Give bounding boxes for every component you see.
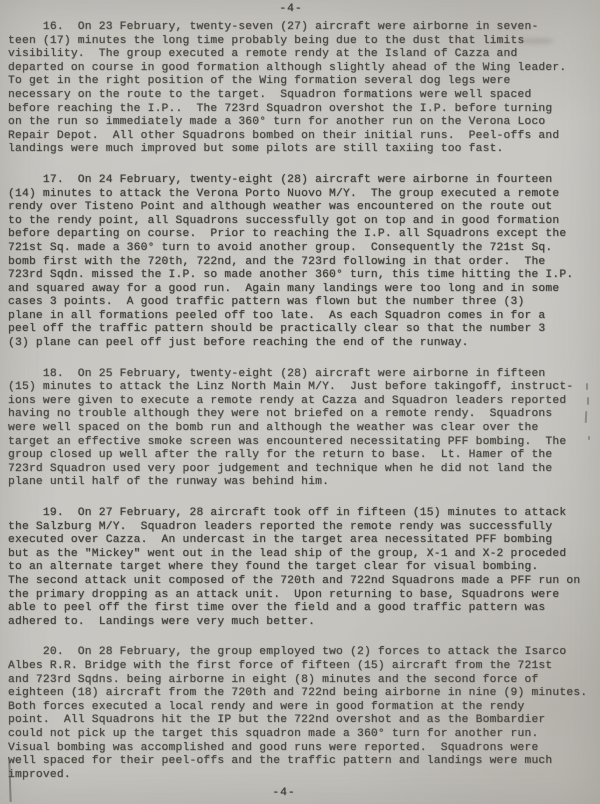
text-line: Albes R.R. Bridge with the first force o… — [8, 660, 590, 674]
text-line: cases 3 points. A good traffic pattern w… — [8, 296, 590, 310]
text-line: Both forces executed a local rendy and w… — [8, 701, 590, 715]
text-line: target an effective smoke screen was enc… — [8, 436, 590, 450]
document-body: 16. On 23 February, twenty-seven (27) ai… — [8, 21, 590, 782]
text-line: adhered to. Landings were very much bett… — [8, 616, 590, 630]
text-line: could not pick up the target this squadr… — [8, 728, 590, 742]
text-line: 721st Sq. made a 360° turn to avoid anot… — [8, 242, 590, 256]
text-line: the primary dropping as an attack unit. … — [8, 589, 590, 603]
text-line: ions were given to execute a remote rend… — [8, 395, 590, 409]
text-line: To get in the right position of the Wing… — [8, 75, 590, 89]
text-line: 19. On 27 February, 28 aircraft took off… — [8, 507, 590, 521]
text-line: The second attack unit composed of the 7… — [8, 575, 590, 589]
text-line: but as the "Mickey" went out in the lead… — [8, 548, 590, 562]
text-line: (14) minutes to attack the Verona Porto … — [8, 188, 590, 202]
text-line: teen (17) minutes the long time probably… — [8, 35, 590, 49]
text-line: 17. On 24 February, twenty-eight (28) ai… — [8, 174, 590, 188]
pencil-mark — [586, 383, 588, 390]
text-line: on the run so immediately made a 360° tu… — [8, 116, 590, 130]
pencil-mark — [588, 436, 590, 440]
text-line: point. All Squadrons hit the IP but the … — [8, 714, 590, 728]
text-line: 723rd Sqdn. missed the I.P. so made anot… — [8, 269, 590, 283]
text-line: landings were much improved but some pil… — [8, 143, 590, 157]
text-line: (15) minutes to attack the Linz North Ma… — [8, 381, 590, 395]
text-line: 16. On 23 February, twenty-seven (27) ai… — [8, 21, 590, 35]
text-line: improved. — [8, 769, 590, 783]
text-line: having no trouble although they were not… — [8, 408, 590, 422]
text-line: executed over Cazza. An undercast in the… — [8, 534, 590, 548]
text-line: (3) plane can peel off just before reach… — [8, 337, 590, 351]
text-line: before reaching the I.P.. The 723rd Squa… — [8, 103, 590, 117]
text-line: bomb first with the 720th, 722nd, and th… — [8, 256, 590, 270]
text-line: plane in all formations peeled off too l… — [8, 310, 590, 324]
document-page: -4- 16. On 23 February, twenty-seven (27… — [0, 0, 600, 804]
text-line: plane until half of the runway was behin… — [8, 476, 590, 490]
page-number-top: -4- — [0, 3, 582, 16]
paragraph: 20. On 28 February, the group employed t… — [8, 646, 590, 782]
text-line: Visual bombing was accomplished and good… — [8, 742, 590, 756]
text-line: rendy over Tisteno Point and although we… — [8, 201, 590, 215]
text-line: well spaced for their peel-offs and the … — [8, 755, 590, 769]
paragraph: 19. On 27 February, 28 aircraft took off… — [8, 507, 590, 629]
pencil-mark — [587, 397, 589, 405]
scan-smudge — [520, 38, 554, 44]
text-line: Repair Depot. All other Squadrons bombed… — [8, 130, 590, 144]
text-line: visibility. The group executed a remote … — [8, 48, 590, 62]
text-line: were well spaced on the bomb run and alt… — [8, 422, 590, 436]
text-line: 18. On 25 February, twenty-eight (28) ai… — [8, 368, 590, 382]
text-line: eighteen (18) aircraft from the 720th an… — [8, 687, 590, 701]
paragraph: 18. On 25 February, twenty-eight (28) ai… — [8, 368, 590, 490]
text-line: the Salzburg M/Y. Squadron leaders repor… — [8, 521, 590, 535]
text-line: 723rd Squadron used very poor judgement … — [8, 463, 590, 477]
text-line: departed on course in good formation alt… — [8, 62, 590, 76]
text-line: to an alternate target where they found … — [8, 561, 590, 575]
text-line: before departing on course. Prior to rea… — [8, 228, 590, 242]
text-line: group closed up well after the rally for… — [8, 449, 590, 463]
text-line: to the rendy point, all Squadrons succes… — [8, 215, 590, 229]
text-line: able to peel off the first time over the… — [8, 602, 590, 616]
text-line: 20. On 28 February, the group employed t… — [8, 646, 590, 660]
page-number-bottom: -4- — [0, 787, 584, 800]
text-line: and 723rd Sqdns. being airborne in eight… — [8, 674, 590, 688]
text-line: peel off the traffic pattern should be p… — [8, 323, 590, 337]
text-line: and squared away for a good run. Again m… — [8, 283, 590, 297]
paragraph: 16. On 23 February, twenty-seven (27) ai… — [8, 21, 590, 157]
paragraph: 17. On 24 February, twenty-eight (28) ai… — [8, 174, 590, 351]
text-line: necessary on the route to the target. Sq… — [8, 89, 590, 103]
